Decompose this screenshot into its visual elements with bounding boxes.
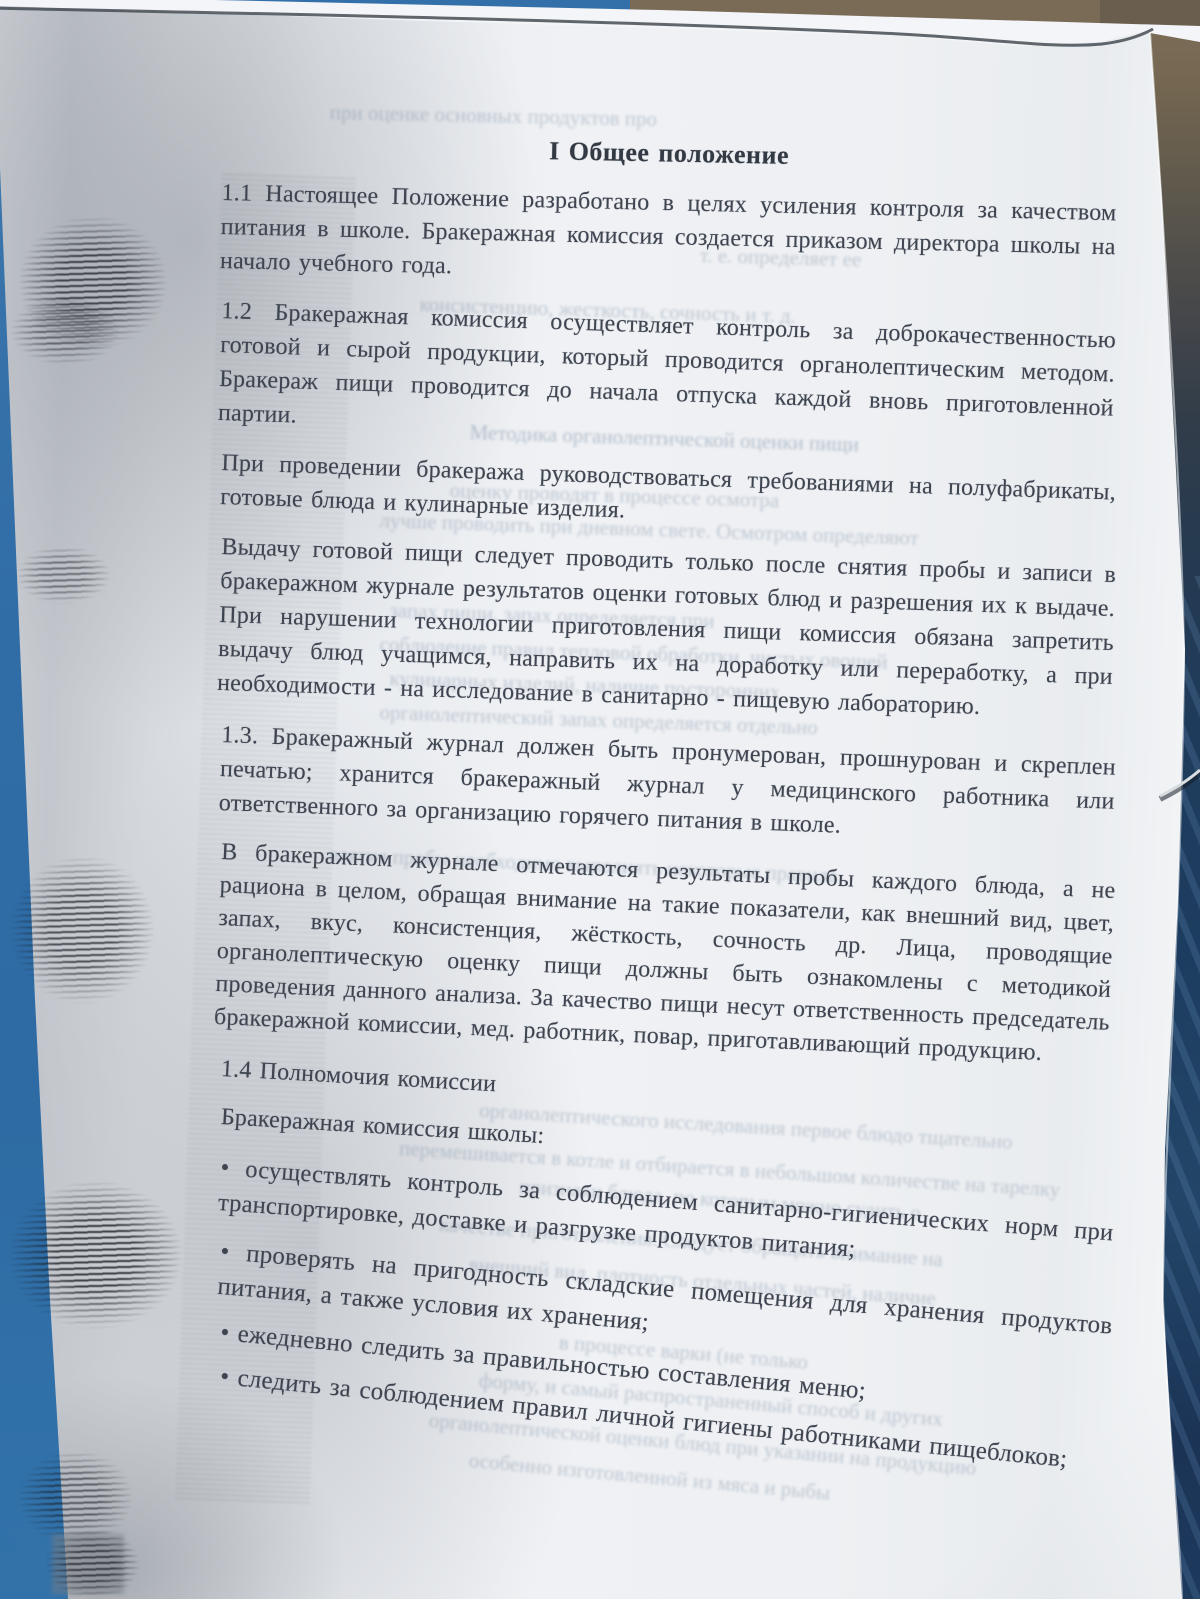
page-fold-line (0, 8, 1153, 45)
photo-overlay (0, 0, 1200, 1599)
page-edge-highlight (1150, 32, 1184, 1599)
photo-scene: А при оценке основных продуктов про т. е… (0, 0, 1200, 1599)
binder-wire (1160, 770, 1200, 796)
